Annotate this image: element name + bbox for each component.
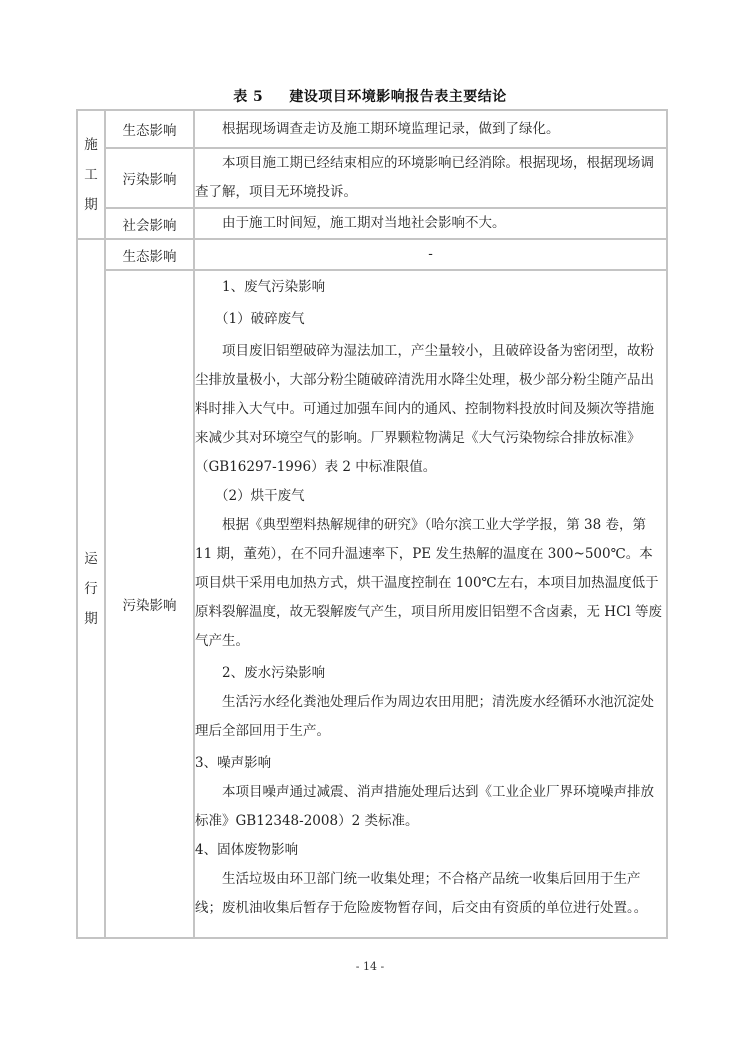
- category-cell: 生态影响: [105, 239, 194, 270]
- paragraph: 本项目噪声通过减震、消声措施处理后达到《工业企业厂界环境噪声排放标准》GB123…: [195, 778, 666, 836]
- content-cell: 1、废气污染影响 （1）破碎废气 项目废旧铝塑破碎为湿法加工，产尘量较小，且破碎…: [194, 270, 667, 938]
- phase-char: 期: [78, 190, 104, 220]
- page-number: - 14 -: [0, 960, 740, 973]
- section-heading: 1、废气污染影响: [195, 273, 666, 302]
- phase-char: 施: [78, 130, 104, 160]
- subsection-heading: （2）烘干废气: [195, 482, 666, 511]
- paragraph: 生活污水经化粪池处理后作为周边农田用肥；清洗废水经循环水池沉淀处理后全部回用于生…: [195, 688, 666, 746]
- conclusions-table: 施 工 期 生态影响 根据现场调查走访及施工期环境监理记录，做到了绿化。 污染影…: [76, 109, 668, 939]
- section-heading: 4、固体废物影响: [195, 836, 666, 865]
- phase-char: 行: [78, 574, 104, 604]
- category-cell: 社会影响: [105, 208, 194, 239]
- paragraph: 项目废旧铝塑破碎为湿法加工，产尘量较小，且破碎设备为密闭型，故粉尘排放量极小，大…: [195, 337, 666, 482]
- table-row: 污染影响 本项目施工期已经结束相应的环境影响已经消除。根据现场，根据现场调查了解…: [77, 148, 667, 208]
- table-row: 社会影响 由于施工时间短，施工期对当地社会影响不大。: [77, 208, 667, 239]
- category-cell: 污染影响: [105, 270, 194, 938]
- phase-char: 运: [78, 544, 104, 574]
- phase-construction: 施 工 期: [77, 110, 105, 239]
- table-row: 污染影响 1、废气污染影响 （1）破碎废气 项目废旧铝塑破碎为湿法加工，产尘量较…: [77, 270, 667, 938]
- paragraph: 根据《典型塑料热解规律的研究》（哈尔滨工业大学学报，第 38 卷，第 11 期，…: [195, 511, 666, 656]
- content-cell: 本项目施工期已经结束相应的环境影响已经消除。根据现场，根据现场调查了解，项目无环…: [194, 148, 667, 208]
- paragraph: 生活垃圾由环卫部门统一收集处理；不合格产品统一收集后回用于生产线；废机油收集后暂…: [195, 865, 666, 923]
- section-heading: 3、噪声影响: [195, 749, 666, 778]
- content-cell: -: [194, 239, 667, 270]
- section-heading: 2、废水污染影响: [195, 659, 666, 688]
- table-row: 施 工 期 生态影响 根据现场调查走访及施工期环境监理记录，做到了绿化。: [77, 110, 667, 148]
- phase-char: 工: [78, 160, 104, 190]
- table-number: 表 5: [233, 89, 263, 105]
- table-title: 表 5建设项目环境影响报告表主要结论: [0, 86, 740, 106]
- category-cell: 污染影响: [105, 148, 194, 208]
- phase-char: 期: [78, 604, 104, 634]
- table-row: 运 行 期 生态影响 -: [77, 239, 667, 270]
- content-cell: 根据现场调查走访及施工期环境监理记录，做到了绿化。: [194, 110, 667, 148]
- category-cell: 生态影响: [105, 110, 194, 148]
- content-cell: 由于施工时间短，施工期对当地社会影响不大。: [194, 208, 667, 239]
- subsection-heading: （1）破碎废气: [195, 305, 666, 334]
- table-title-text: 建设项目环境影响报告表主要结论: [289, 89, 507, 105]
- phase-operation: 运 行 期: [77, 239, 105, 938]
